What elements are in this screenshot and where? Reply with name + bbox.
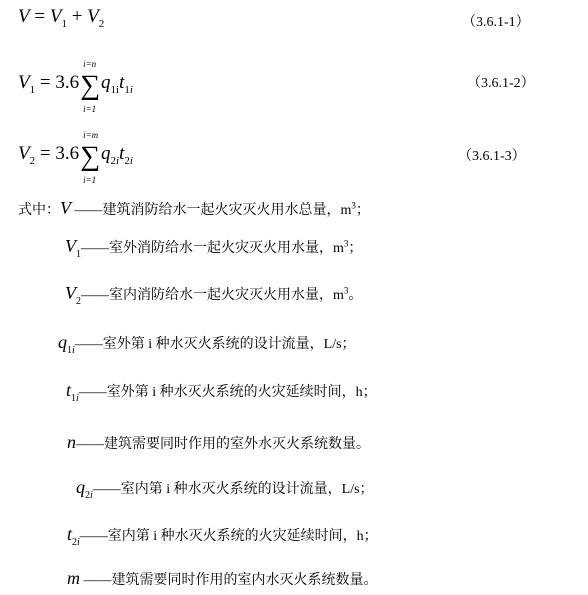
definition-q1i: q1i——室外第 i 种水灭火系统的设计流量，L/s； (58, 332, 356, 356)
equation-number-1: （3.6.1-1） (462, 11, 530, 31)
definition-V: 式中：V ——建筑消防给水一起火灾灭火用水总量，m3； (18, 198, 370, 219)
definition-t1i: t1i——室外第 i 种水灭火系统的火灾延续时间，h； (66, 380, 377, 404)
equation-3-6-1-1: V = V1 + V2 (18, 6, 104, 30)
summation-symbol: ∑i=ni=1 (80, 72, 100, 100)
summation-symbol: ∑i=mi=1 (80, 143, 100, 171)
equation-3-6-1-3: V2 = 3.6∑i=mi=1q2it2i (18, 143, 133, 171)
equation-number-3: （3.6.1-3） (458, 145, 526, 165)
definition-n: n——建筑需要同时作用的室外水灭火系统数量。 (67, 432, 370, 453)
definition-V1: V1——室外消防给水一起火灾灭火用水量，m3； (65, 236, 362, 260)
equation-number-2: （3.6.1-2） (467, 72, 535, 92)
definition-q2i: q2i——室内第 i 种水灭火系统的设计流量，L/s； (76, 477, 374, 501)
equation-3-6-1-2: V1 = 3.6∑i=ni=1q1it1i (18, 72, 133, 100)
definition-m: m ——建筑需要同时作用的室内水灭火系统数量。 (67, 568, 378, 589)
definition-t2i: t2i——室内第 i 种水灭火系统的火灾延续时间，h； (67, 524, 378, 548)
definition-V2: V2——室内消防给水一起火灾灭火用水量，m3。 (65, 283, 362, 307)
